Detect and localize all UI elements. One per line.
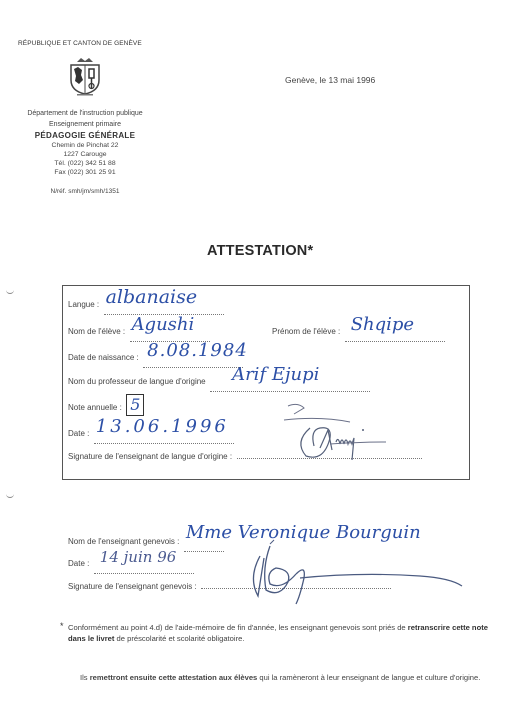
field-date-genevois: Date : 14 juin 96 [68, 552, 194, 572]
nom-eleve-value: Agushi [132, 314, 195, 335]
phone-number: Tél. (022) 342 51 88 [0, 159, 170, 168]
langue-value: albanaise [106, 286, 198, 308]
note-annuelle-value: 5 [126, 394, 144, 416]
nom-enseignant-genevois-line: Mme Veronique Bourguin [184, 530, 224, 552]
field-langue: Langue : albanaise [68, 290, 224, 313]
authority-header: RÉPUBLIQUE ET CANTON DE GENÈVE [18, 40, 142, 47]
field-nom-enseignant-genevois: Nom de l'enseignant genevois : Mme Veron… [68, 528, 224, 550]
footnote2-text-2: qui la ramèneront à leur enseignant de l… [257, 673, 480, 682]
department-name: Département de l'instruction publique [0, 108, 170, 119]
field-note-annuelle: Note annuelle : 5 [68, 394, 144, 416]
date-genevois-value: 14 juin 96 [100, 548, 176, 566]
date-naissance-value: 8.08.1984 [147, 340, 248, 361]
service-name: PÉDAGOGIE GÉNÉRALE [0, 130, 170, 141]
langue-label: Langue : [68, 300, 99, 309]
field-professeur: Nom du professeur de langue d'origine Ar… [68, 368, 370, 390]
nom-enseignant-genevois-label: Nom de l'enseignant genevois : [68, 537, 179, 546]
date-label: Date : [68, 429, 89, 438]
field-date: Date : 13.06.1996 [68, 420, 234, 442]
date-line: 13.06.1996 [94, 422, 234, 444]
reference-number: N/réf. smh/jm/smh/1351 [0, 186, 170, 197]
date-genevois-label: Date : [68, 559, 89, 568]
field-prenom-eleve: Prénom de l'élève : Shqipe [272, 318, 445, 340]
professeur-value: Arif Ejupi [232, 364, 319, 385]
prenom-eleve-value: Shqipe [351, 314, 414, 335]
signature-origine-mark [280, 398, 390, 468]
place-and-date: Genève, le 13 mai 1996 [285, 75, 375, 85]
footnote-text-1: Conformément au point 4.d) de l'aide-mém… [68, 623, 408, 632]
address-line2: 1227 Carouge [0, 150, 170, 159]
margin-mark [6, 494, 14, 498]
footnote-text-2: de préscolarité et scolarité obligatoire… [114, 634, 244, 643]
date-naissance-line: 8.08.1984 [143, 346, 243, 368]
footnote-star: * [60, 621, 64, 632]
fax-number: Fax (022) 301 25 91 [0, 168, 170, 177]
footnote-paragraph: * Conformément au point 4.d) de l'aide-m… [68, 622, 488, 644]
field-nom-eleve: Nom de l'élève : Agushi [68, 318, 210, 340]
address-line1: Chemin de Pinchat 22 [0, 141, 170, 150]
department-block: Département de l'instruction publique En… [0, 108, 170, 197]
field-date-naissance: Date de naissance : 8.08.1984 [68, 344, 243, 366]
footnote-paragraph-2: Ils remettront ensuite cette attestation… [80, 672, 490, 683]
margin-mark [6, 290, 14, 294]
note-annuelle-label: Note annuelle : [68, 403, 122, 412]
geneva-coat-of-arms-icon [68, 56, 102, 96]
date-naissance-label: Date de naissance : [68, 353, 139, 362]
langue-line: albanaise [104, 292, 224, 315]
division-name: Enseignement primaire [0, 119, 170, 130]
prenom-eleve-line: Shqipe [345, 320, 445, 342]
professeur-label: Nom du professeur de langue d'origine [68, 377, 206, 386]
footnote2-bold: remettront ensuite cette attestation aux… [90, 673, 258, 682]
date-value: 13.06.1996 [96, 416, 229, 437]
signature-genevois-mark [240, 538, 470, 608]
signature-genevois-label: Signature de l'enseignant genevois : [68, 582, 197, 591]
prenom-eleve-label: Prénom de l'élève : [272, 327, 340, 336]
document-title: ATTESTATION* [207, 243, 313, 259]
date-genevois-line: 14 juin 96 [94, 554, 194, 574]
footnote2-text-1: Ils [80, 673, 90, 682]
nom-eleve-line: Agushi [130, 320, 210, 342]
signature-origine-label: Signature de l'enseignant de langue d'or… [68, 452, 232, 461]
nom-eleve-label: Nom de l'élève : [68, 327, 125, 336]
professeur-line: Arif Ejupi [210, 370, 370, 392]
